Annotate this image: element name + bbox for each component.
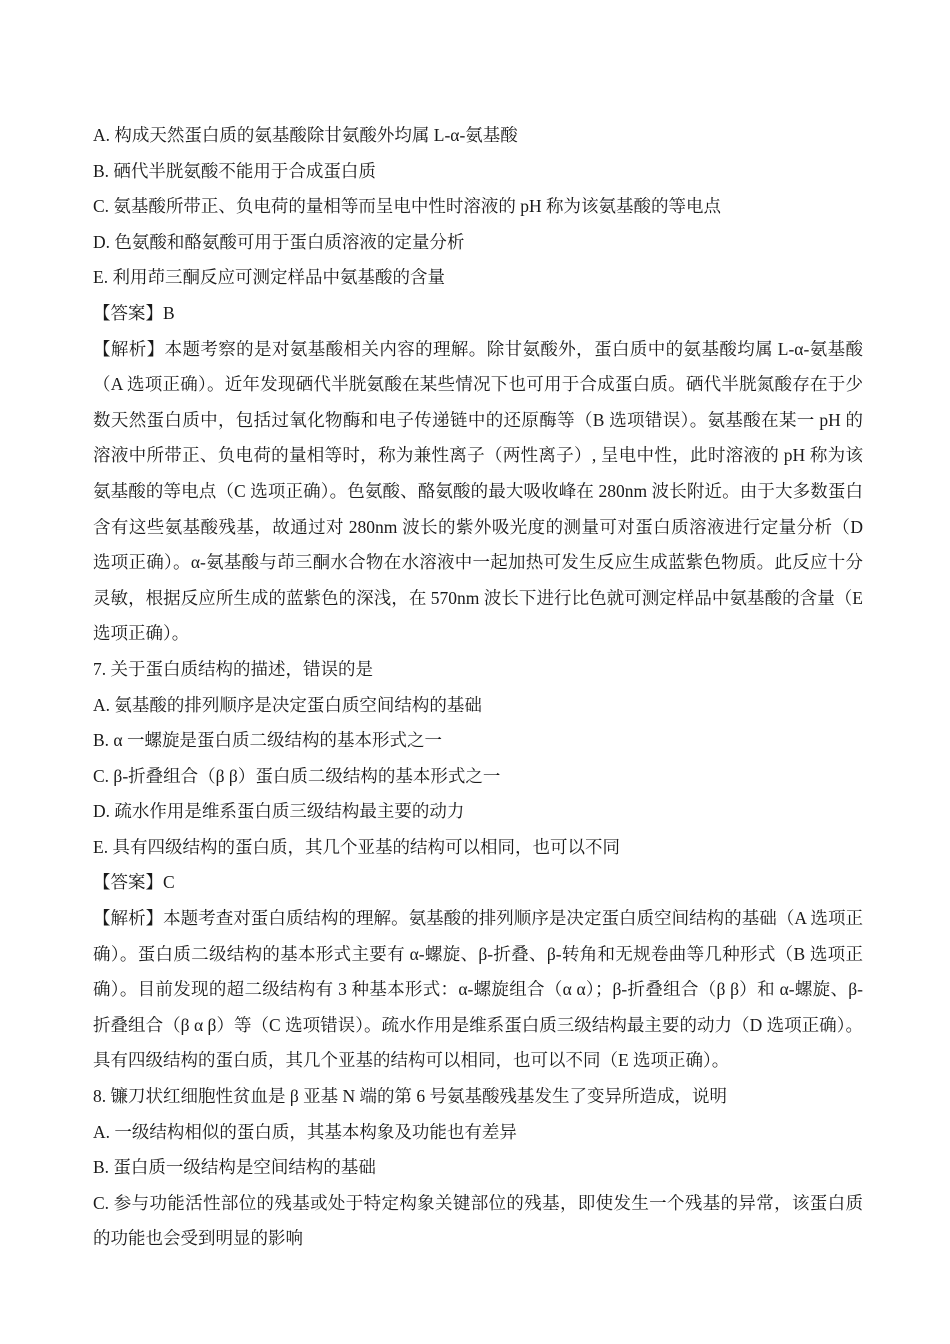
question-8-stem: 8. 镰刀状红细胞性贫血是 β 亚基 N 端的第 6 号氨基酸残基发生了变异所造… [93,1079,863,1115]
question-6-option-b: B. 硒代半胱氨酸不能用于合成蛋白质 [93,154,863,190]
question-6-section: A. 构成天然蛋白质的氨基酸除甘氨酸外均属 L-α-氨基酸 B. 硒代半胱氨酸不… [93,118,863,652]
question-7-option-a: A. 氨基酸的排列顺序是决定蛋白质空间结构的基础 [93,688,863,724]
question-8-section: 8. 镰刀状红细胞性贫血是 β 亚基 N 端的第 6 号氨基酸残基发生了变异所造… [93,1079,863,1257]
question-7-option-b: B. α 一螺旋是蛋白质二级结构的基本形式之一 [93,723,863,759]
question-6-option-c: C. 氨基酸所带正、负电荷的量相等而呈电中性时溶液的 pH 称为该氨基酸的等电点 [93,189,863,225]
question-7-option-d: D. 疏水作用是维系蛋白质三级结构最主要的动力 [93,794,863,830]
question-7-stem: 7. 关于蛋白质结构的描述，错误的是 [93,652,863,688]
question-6-option-e: E. 利用茚三酮反应可测定样品中氨基酸的含量 [93,260,863,296]
question-6-option-a: A. 构成天然蛋白质的氨基酸除甘氨酸外均属 L-α-氨基酸 [93,118,863,154]
question-7-option-e: E. 具有四级结构的蛋白质，其几个亚基的结构可以相同，也可以不同 [93,830,863,866]
question-7-answer-line: 【答案】C [93,865,863,901]
question-8-option-c: C. 参与功能活性部位的残基或处于特定构象关键部位的残基，即使发生一个残基的异常… [93,1186,863,1257]
question-7-analysis: 【解析】本题考查对蛋白质结构的理解。氨基酸的排列顺序是决定蛋白质空间结构的基础（… [93,901,863,1079]
question-6-answer-line: 【答案】B [93,296,863,332]
question-8-option-b: B. 蛋白质一级结构是空间结构的基础 [93,1150,863,1186]
question-7-option-c: C. β-折叠组合（β β）蛋白质二级结构的基本形式之一 [93,759,863,795]
question-6-option-d: D. 色氨酸和酪氨酸可用于蛋白质溶液的定量分析 [93,225,863,261]
document-page: A. 构成天然蛋白质的氨基酸除甘氨酸外均属 L-α-氨基酸 B. 硒代半胱氨酸不… [0,0,950,1344]
question-6-analysis: 【解析】本题考察的是对氨基酸相关内容的理解。除甘氨酸外，蛋白质中的氨基酸均属 L… [93,332,863,652]
question-8-option-a: A. 一级结构相似的蛋白质，其基本构象及功能也有差异 [93,1115,863,1151]
question-7-section: 7. 关于蛋白质结构的描述，错误的是 A. 氨基酸的排列顺序是决定蛋白质空间结构… [93,652,863,1079]
